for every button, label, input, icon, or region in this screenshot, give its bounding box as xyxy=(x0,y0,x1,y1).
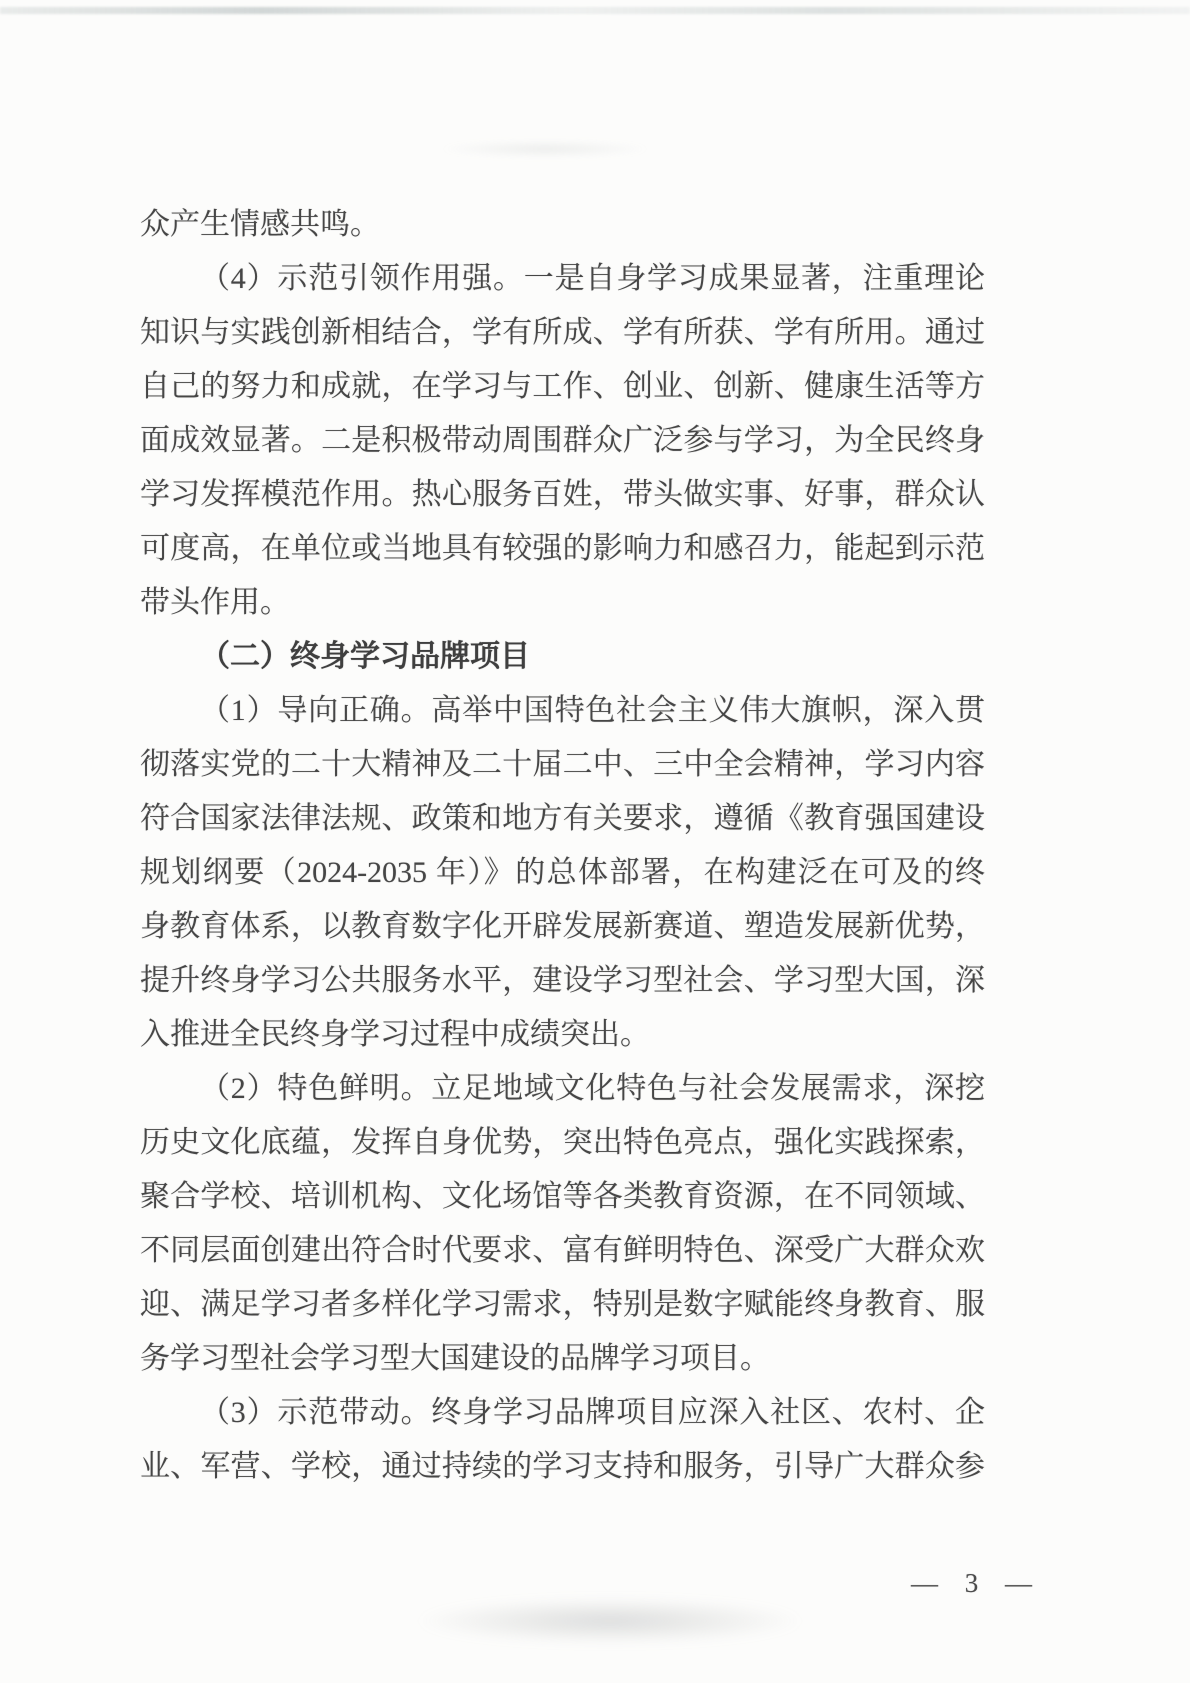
document-line: 面成效显著。二是积极带动周围群众广泛参与学习，为全民终身 xyxy=(140,414,985,468)
document-line: 迎、满足学习者多样化学习需求，特别是数字赋能终身教育、服 xyxy=(140,1278,985,1332)
document-line: 入推进全民终身学习过程中成绩突出。 xyxy=(140,1008,985,1062)
document-line: （1）导向正确。高举中国特色社会主义伟大旗帜，深入贯 xyxy=(140,684,985,738)
document-line: （3）示范带动。终身学习品牌项目应深入社区、农村、企 xyxy=(140,1386,985,1440)
document-line: 历史文化底蕴，发挥自身优势，突出特色亮点，强化实践探索， xyxy=(140,1116,985,1170)
section-heading: （二）终身学习品牌项目 xyxy=(140,630,985,684)
document-line: 务学习型社会学习型大国建设的品牌学习项目。 xyxy=(140,1332,985,1386)
document-line: 身教育体系，以教育数字化开辟发展新赛道、塑造发展新优势， xyxy=(140,900,985,954)
document-line: 提升终身学习公共服务水平，建设学习型社会、学习型大国，深 xyxy=(140,954,985,1008)
document-line: （4）示范引领作用强。一是自身学习成果显著，注重理论 xyxy=(140,252,985,306)
document-line: 带头作用。 xyxy=(140,576,985,630)
document-line: 彻落实党的二十大精神及二十届二中、三中全会精神，学习内容 xyxy=(140,738,985,792)
scan-artifact-smudge xyxy=(440,140,650,158)
document-line: 聚合学校、培训机构、文化场馆等各类教育资源，在不同领域、 xyxy=(140,1170,985,1224)
document-line: 众产生情感共鸣。 xyxy=(140,198,985,252)
document-line: （2）特色鲜明。立足地域文化特色与社会发展需求，深挖 xyxy=(140,1062,985,1116)
document-line: 可度高，在单位或当地具有较强的影响力和感召力，能起到示范 xyxy=(140,522,985,576)
document-line: 自己的努力和成就，在学习与工作、创业、创新、健康生活等方 xyxy=(140,360,985,414)
document-line: 规划纲要（2024-2035 年）》的总体部署，在构建泛在可及的终 xyxy=(140,846,985,900)
scan-artifact-smudge xyxy=(420,1598,800,1644)
document-line: 符合国家法律法规、政策和地方有关要求，遵循《教育强国建设 xyxy=(140,792,985,846)
document-line: 学习发挥模范作用。热心服务百姓，带头做实事、好事，群众认 xyxy=(140,468,985,522)
document-line: 知识与实践创新相结合，学有所成、学有所获、学有所用。通过 xyxy=(140,306,985,360)
document-line: 业、军营、学校，通过持续的学习支持和服务，引导广大群众参 xyxy=(140,1440,985,1494)
page-number: — 3 — xyxy=(911,1558,1042,1608)
scanned-document-page: 众产生情感共鸣。 （4）示范引领作用强。一是自身学习成果显著，注重理论 知识与实… xyxy=(0,0,1190,1683)
document-body: 众产生情感共鸣。 （4）示范引领作用强。一是自身学习成果显著，注重理论 知识与实… xyxy=(140,198,985,1494)
document-line: 不同层面创建出符合时代要求、富有鲜明特色、深受广大群众欢 xyxy=(140,1224,985,1278)
scan-artifact-top-band xyxy=(0,7,1190,14)
